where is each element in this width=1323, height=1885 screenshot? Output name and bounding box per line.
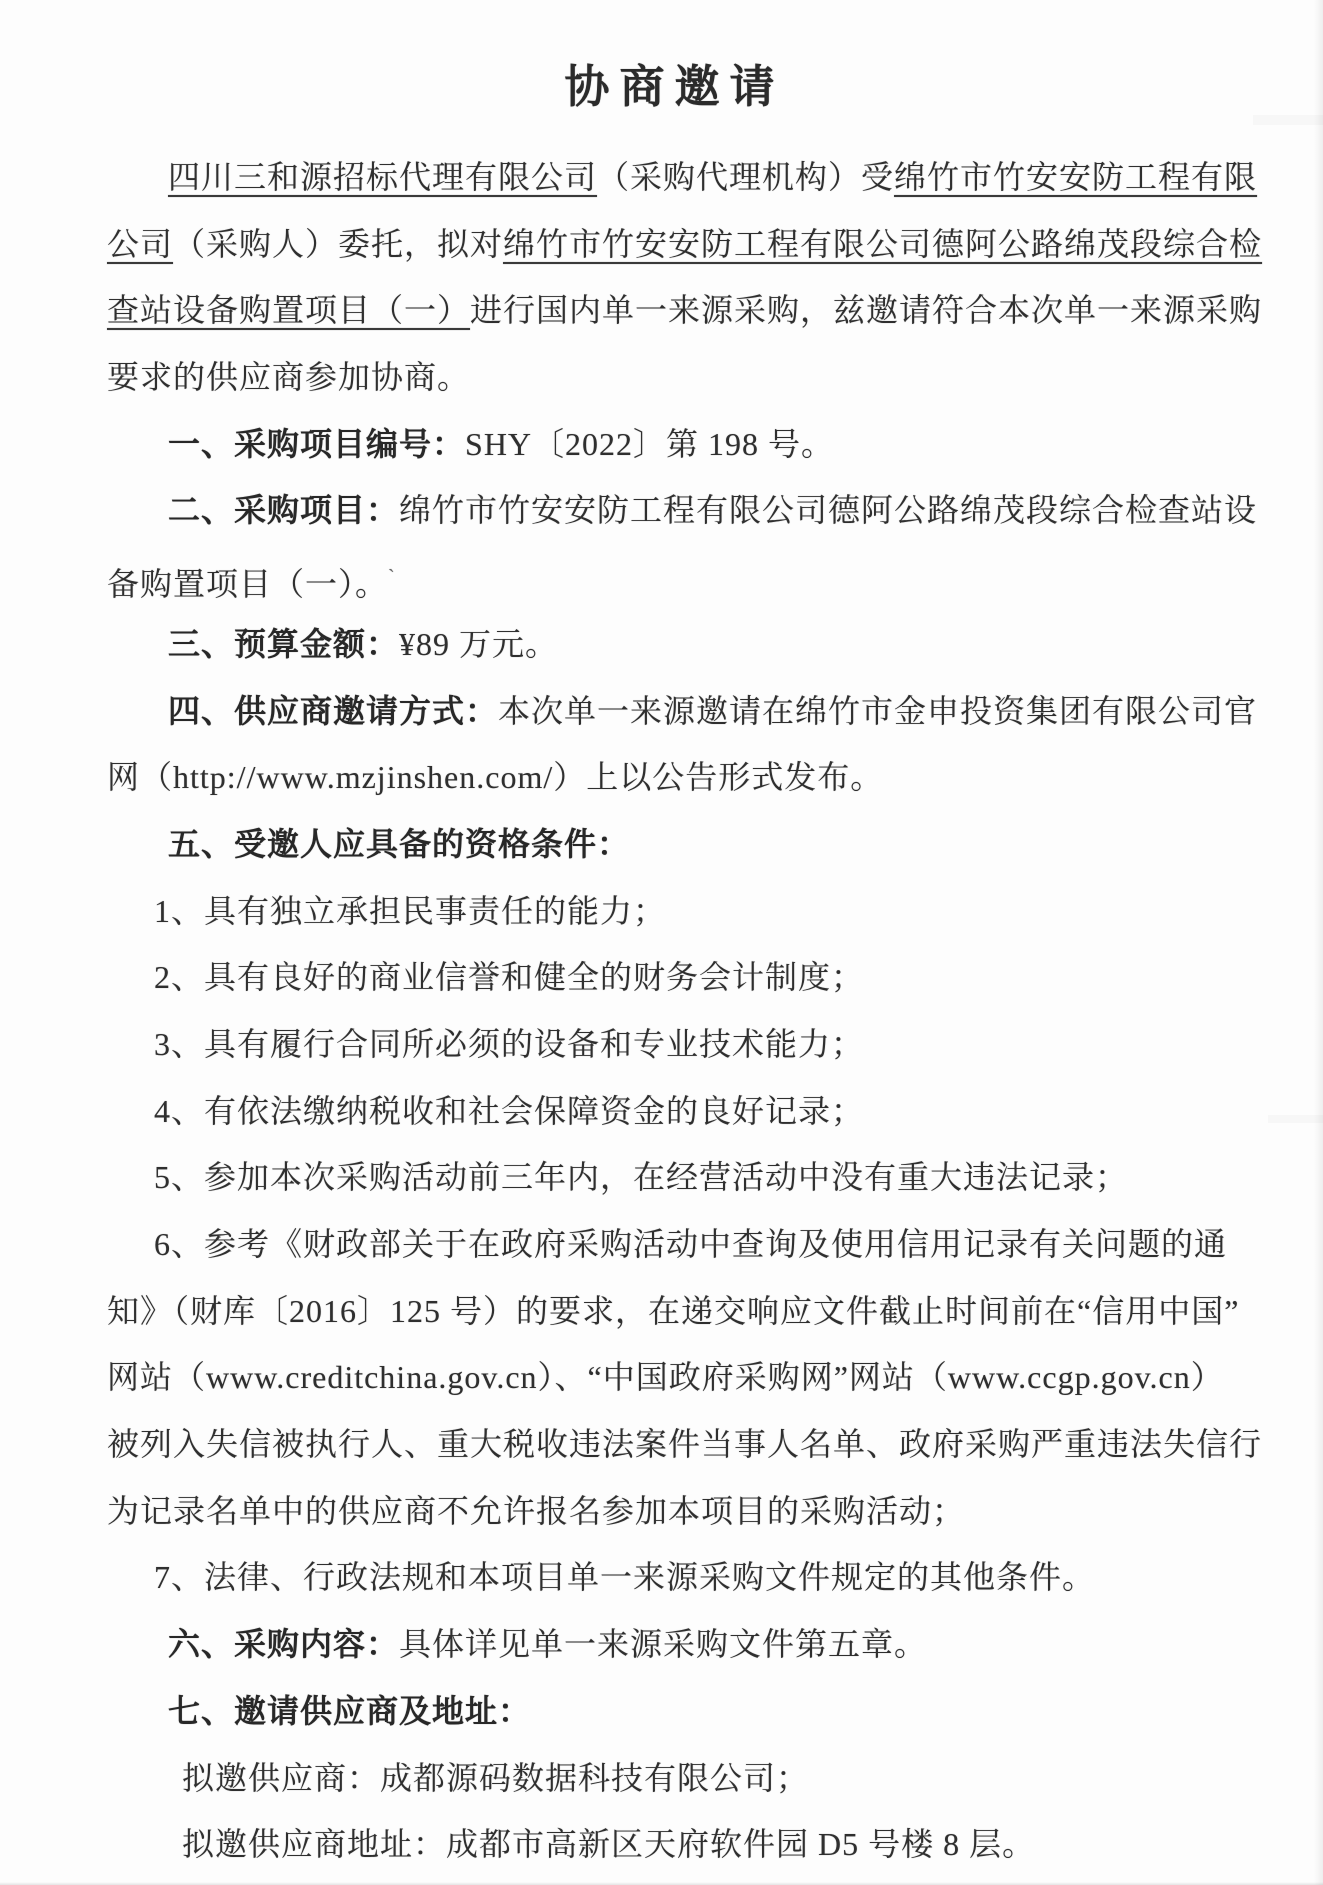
scan-tick-mark: ˋ [388,566,395,588]
intro-line-3: 查站设备购置项目（一）进行国内单一来源采购，兹邀请符合本次单一来源采购 [107,277,1267,344]
content-reference-text: 具体详见单一来源采购文件第五章。 [399,1626,927,1662]
section-4-heading: 四、供应商邀请方式： [168,693,498,729]
intro-line-4: 要求的供应商参加协商。 [107,344,1267,411]
section-4-invitation-method-line-1: 四、供应商邀请方式：本次单一来源邀请在绵竹市金申投资集团有限公司官 [107,678,1267,745]
project-number-value: SHY〔2022〕第 198 号。 [465,426,834,462]
underline-project-name-part2: 查站设备购置项目（一） [107,292,470,328]
scan-artifact [1268,1115,1323,1123]
section-5-qualifications-heading: 五、受邀人应具备的资格条件： [107,811,1267,878]
qualification-text: 知》（财库〔2016〕125 号）的要求，在递交响应文件截止时间前在“信用中国” [107,1293,1239,1329]
section-2-project-line-2: 备购置项目（一）。ˋ [107,544,1267,611]
intro-text: 要求的供应商参加协商。 [107,359,470,395]
qualification-text: 2、具有良好的商业信誉和健全的财务会计制度； [154,959,864,995]
underline-purchaser-name-part1: 绵竹市竹安安防工程有限 [894,159,1257,195]
qualification-item-6-line-5: 为记录名单中的供应商不允许报名参加本项目的采购活动； [107,1478,1267,1545]
qualification-item-2: 2、具有良好的商业信誉和健全的财务会计制度； [107,944,1267,1011]
section-3-budget: 三、预算金额：¥89 万元。 [107,611,1267,678]
qualification-text: 1、具有独立承担民事责任的能力； [154,893,666,929]
intro-text: 进行国内单一来源采购，兹邀请符合本次单一来源采购 [470,292,1262,328]
section-2-heading: 二、采购项目： [168,492,399,528]
section-7-suppliers-heading: 七、邀请供应商及地址： [107,1678,1267,1745]
intro-line-1: 四川三和源招标代理有限公司（采购代理机构）受绵竹市竹安安防工程有限 [107,144,1267,211]
qualification-item-3: 3、具有履行合同所必须的设备和专业技术能力； [107,1011,1267,1078]
section-1-project-number: 一、采购项目编号：SHY〔2022〕第 198 号。 [107,411,1267,478]
qualification-item-6-line-4: 被列入失信被执行人、重大税收违法案件当事人名单、政府采购严重违法失信行 [107,1411,1267,1478]
qualification-item-1: 1、具有独立承担民事责任的能力； [107,878,1267,945]
underline-project-name-part1: 绵竹市竹安安防工程有限公司德阿公路绵茂段综合检 [503,226,1262,262]
qualification-text: 6、参考《财政部关于在政府采购活动中查询及使用信用记录有关问题的通 [154,1226,1227,1262]
document-body: 四川三和源招标代理有限公司（采购代理机构）受绵竹市竹安安防工程有限 公司（采购人… [107,144,1267,1878]
invitation-method-text: 网（http://www.mzjinshen.com/）上以公告形式发布。 [107,759,883,795]
qualification-item-4: 4、有依法缴纳税收和社会保障资金的良好记录； [107,1078,1267,1145]
section-2-project-line-1: 二、采购项目：绵竹市竹安安防工程有限公司德阿公路绵茂段综合检查站设 [107,477,1267,544]
invitation-method-text: 本次单一来源邀请在绵竹市金申投资集团有限公司官 [498,693,1257,729]
section-5-heading: 五、受邀人应具备的资格条件： [168,826,630,862]
invited-supplier: 拟邀供应商：成都源码数据科技有限公司； [107,1745,1267,1812]
section-7-heading: 七、邀请供应商及地址： [168,1693,531,1729]
underline-agency-name: 四川三和源招标代理有限公司 [168,159,597,195]
scan-edge-shadow [1314,0,1323,1885]
section-6-content: 六、采购内容：具体详见单一来源采购文件第五章。 [107,1611,1267,1678]
page-title: 协商邀请 [13,50,1323,115]
intro-line-2: 公司（采购人）委托，拟对绵竹市竹安安防工程有限公司德阿公路绵茂段综合检 [107,211,1267,278]
qualification-item-6-line-1: 6、参考《财政部关于在政府采购活动中查询及使用信用记录有关问题的通 [107,1211,1267,1278]
qualification-text: 7、法律、行政法规和本项目单一来源采购文件规定的其他条件。 [154,1559,1095,1595]
intro-text: （采购代理机构）受 [597,159,894,195]
qualification-item-6-line-2: 知》（财库〔2016〕125 号）的要求，在递交响应文件截止时间前在“信用中国” [107,1278,1267,1345]
project-name-value: 绵竹市竹安安防工程有限公司德阿公路绵茂段综合检查站设 [399,492,1257,528]
budget-value: ¥89 万元。 [399,626,558,662]
scan-artifact [1253,115,1323,125]
intro-text: （采购人）委托，拟对 [173,226,503,262]
qualification-text: 为记录名单中的供应商不允许报名参加本项目的采购活动； [107,1493,965,1529]
section-1-heading: 一、采购项目编号： [168,426,465,462]
qualification-item-5: 5、参加本次采购活动前三年内，在经营活动中没有重大违法记录； [107,1144,1267,1211]
qualification-text: 3、具有履行合同所必须的设备和专业技术能力； [154,1026,864,1062]
section-4-invitation-method-line-2: 网（http://www.mzjinshen.com/）上以公告形式发布。 [107,744,1267,811]
scanned-document-page: 协商邀请 四川三和源招标代理有限公司（采购代理机构）受绵竹市竹安安防工程有限 公… [0,0,1323,1885]
invited-supplier-address-text: 拟邀供应商地址：成都市高新区天府软件园 D5 号楼 8 层。 [182,1826,1035,1862]
section-6-heading: 六、采购内容： [168,1626,399,1662]
qualification-text: 被列入失信被执行人、重大税收违法案件当事人名单、政府采购严重违法失信行 [107,1426,1262,1462]
qualification-text: 4、有依法缴纳税收和社会保障资金的良好记录； [154,1093,864,1129]
qualification-item-6-line-3: 网站（www.creditchina.gov.cn）、“中国政府采购网”网站（w… [107,1344,1267,1411]
invited-supplier-text: 拟邀供应商：成都源码数据科技有限公司； [182,1760,809,1796]
qualification-text: 5、参加本次采购活动前三年内，在经营活动中没有重大违法记录； [154,1159,1128,1195]
section-3-heading: 三、预算金额： [168,626,399,662]
project-name-value: 备购置项目（一）。 [107,566,388,602]
invited-supplier-address: 拟邀供应商地址：成都市高新区天府软件园 D5 号楼 8 层。 [107,1811,1267,1878]
qualification-text: 网站（www.creditchina.gov.cn）、“中国政府采购网”网站（w… [107,1359,1224,1395]
qualification-item-7: 7、法律、行政法规和本项目单一来源采购文件规定的其他条件。 [107,1544,1267,1611]
underline-purchaser-name-part2: 公司 [107,226,173,262]
